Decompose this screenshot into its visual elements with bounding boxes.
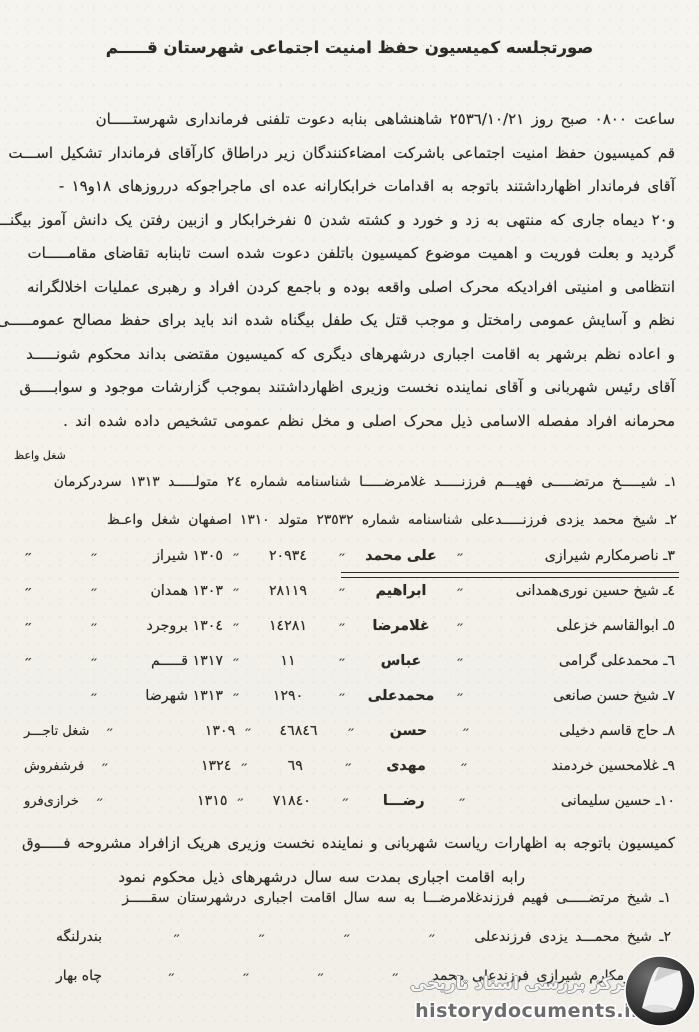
- name-cell: ١٠ـ حسین سلیمانی: [477, 793, 675, 809]
- watermark: مرکز بررسی اسناد تاریخی historydocuments…: [279, 950, 699, 1030]
- ditto-mark: ״: [445, 619, 475, 633]
- ditto-mark: ״: [389, 930, 474, 944]
- father-name-cell: غلامرضا: [357, 618, 445, 634]
- occupation-cell: شغل تاجـــر: [24, 724, 89, 739]
- father-name-cell: حسن: [366, 723, 452, 739]
- ditto-mark: ״: [327, 584, 357, 598]
- ditto-mark: ״: [73, 619, 115, 633]
- ditto-mark: ״: [84, 759, 125, 773]
- ditto-mark: ״: [327, 654, 357, 668]
- father-name-cell: علی محمد: [357, 548, 445, 564]
- ditto-mark: ״: [73, 654, 115, 668]
- name-cell: ٣ـ ناصرمکارم شیرازی: [475, 548, 675, 564]
- highlight-underline: [341, 572, 679, 578]
- birth-cell: ١٣٠٣ همدان: [115, 583, 223, 599]
- occupation-cell: ״: [24, 654, 73, 669]
- intro-line: آقای رئیس شهربانی و آقای نماینده نخست وز…: [28, 371, 675, 405]
- id-number-cell: ٦٩: [257, 758, 334, 774]
- entry-line: ٢ـ شیخ محمد یزدی فرزنـــــدعلی شناسنامه …: [22, 501, 677, 539]
- ditto-mark: ״: [73, 689, 115, 703]
- intro-line: آقای فرماندار اظهارداشتند باتوجه به اقدا…: [28, 170, 675, 204]
- name-cell: ٦ـ محمدعلی گرامی: [475, 653, 675, 669]
- exile-city: بندرلنگه: [24, 929, 134, 945]
- occupation-cell: ״: [24, 584, 73, 599]
- ditto-mark: ״: [445, 689, 475, 703]
- ditto-mark: ״: [209, 969, 284, 983]
- ditto-mark: ״: [134, 969, 209, 983]
- ditto-mark: ״: [73, 584, 115, 598]
- table-row: ٤ـ شیخ حسین نوری‌همدانی ״ ابراهیم ״ ٢٨١١…: [24, 583, 675, 605]
- father-name-cell: محمدعلی: [357, 688, 445, 704]
- decision-line: کمیسیون باتوجه به اظهارات ریاست شهربانی …: [24, 826, 675, 860]
- ditto-mark: ״: [223, 619, 249, 633]
- father-name-cell: عباس: [357, 653, 445, 669]
- name-cell: ٨ـ حاج قاسم دخیلی: [480, 723, 675, 739]
- ditto-mark: ״: [235, 724, 260, 738]
- father-name-cell: رضـــا: [360, 793, 447, 809]
- intro-line: گردید و بعلت فوریت و اهمیت موضوع کمیسیون…: [28, 237, 675, 271]
- ditto-mark: ״: [330, 794, 360, 808]
- name-cell: ٥ـ ابوالقاسم خزعلی: [475, 618, 675, 634]
- ditto-mark: ״: [445, 549, 475, 563]
- id-number-cell: ١١: [249, 653, 327, 669]
- id-number-cell: ٢٨١١٩: [249, 583, 327, 599]
- id-number-cell: ٧١٨٤٠: [253, 793, 330, 809]
- table-row: ٦ـ محمدعلی گرامی ״ عباس ״ ١١ ״ ١٣١٧ قـــ…: [24, 653, 675, 675]
- ditto-mark: ״: [336, 724, 365, 738]
- ditto-mark: ״: [327, 619, 357, 633]
- intro-line: و٢٠ دیماه جاری که منتهی به زد و خورد و ک…: [28, 204, 675, 238]
- ditto-mark: ״: [73, 549, 115, 563]
- verdict-text: ١ـ شیخ مرتضـــــی فهیم فرزندغلامرضـــا ب…: [122, 890, 671, 906]
- ditto-mark: ״: [134, 930, 219, 944]
- intro-line: محرمانه افراد مفصله الاسامی ذیل محرک اصل…: [28, 405, 675, 439]
- ditto-mark: ״: [327, 689, 357, 703]
- ditto-mark: ״: [451, 724, 480, 738]
- father-name-cell: ابراهیم: [357, 583, 445, 599]
- intro-paragraph: ساعت ٠٨٠٠ صبح روز ٢٥٣٦/١٠/٢١ شاهنشاهی بن…: [28, 103, 675, 438]
- birth-cell: ١٣٠٥ شیراز: [115, 548, 223, 564]
- entry-line: ١ـ شیـــــخ مرتضـــــی فهیـــم فرزنـــــ…: [22, 463, 677, 501]
- table-row: ٩ـ غلامحسین خردمند ״ مهدی ״ ٦٩ ״ ١٣٢٤ ״ …: [24, 758, 675, 780]
- table-row: ٨ـ حاج قاسم دخیلی ״ حسن ״ ٤٦٨٤٦ ״ ١٣٠٩ ״…: [24, 723, 675, 745]
- intro-line: نظم و آسایش عمومی رامختل و موجب قتل یک ط…: [28, 304, 675, 338]
- exile-city: چاه بهار: [24, 968, 134, 984]
- table-row: ١٠ـ حسین سلیمانی ״ رضـــا ״ ٧١٨٤٠ ״ ١٣١٥…: [24, 793, 675, 815]
- verdict-text: ٢ـ شیخ محمـــد یزدی فرزندعلی: [474, 929, 671, 945]
- id-number-cell: ٤٦٨٤٦: [261, 723, 337, 739]
- decision-paragraph: کمیسیون باتوجه به اظهارات ریاست شهربانی …: [24, 826, 675, 894]
- intro-line: انتظامی و امنیتی افرادیکه محرک اصلی واقع…: [28, 271, 675, 305]
- table-row: ٣ـ ناصرمکارم شیرازی ״ علی محمد ״ ٢٠٩٣٤ ״…: [24, 548, 675, 570]
- ditto-mark: ״: [445, 654, 475, 668]
- intro-line: قم کمیسیون حفظ امنیت اجتماعی باشرکت امضا…: [28, 137, 675, 171]
- ditto-mark: ״: [333, 759, 362, 773]
- ditto-mark: ״: [304, 930, 389, 944]
- ditto-mark: ״: [327, 549, 357, 563]
- document-title: صورتجلسه کمیسیون حفظ امنیت اجتماعی شهرست…: [0, 38, 699, 57]
- id-number-cell: ٢٠٩٣٤: [249, 548, 327, 564]
- document-page: صورتجلسه کمیسیون حفظ امنیت اجتماعی شهرست…: [0, 0, 699, 1032]
- occupation-cell: خرازی‌فرو: [24, 794, 79, 809]
- ditto-mark: ״: [447, 794, 477, 808]
- intro-line: ساعت ٠٨٠٠ صبح روز ٢٥٣٦/١٠/٢١ شاهنشاهی بن…: [28, 103, 675, 137]
- decision-line: رابه اقامت اجباری بمدت سه سال درشهرهای ذ…: [24, 860, 675, 894]
- intro-line: و اعاده نظم برشهر به اقامت اجباری درشهره…: [28, 338, 675, 372]
- ditto-mark: ״: [223, 654, 249, 668]
- margin-note-occupation: شغل واعظ: [14, 449, 66, 462]
- occupation-cell: فرشفروش: [24, 759, 84, 774]
- ditto-mark: ״: [231, 759, 257, 773]
- suspects-table: ٣ـ ناصرمکارم شیرازی ״ علی محمد ״ ٢٠٩٣٤ ״…: [24, 548, 675, 828]
- ditto-mark: ״: [79, 794, 121, 808]
- ditto-mark: ״: [89, 724, 130, 738]
- ditto-mark: ״: [223, 584, 249, 598]
- birth-cell: ١٣٠٤ بروجرد: [115, 618, 223, 634]
- id-number-cell: ١٢٩٠: [249, 688, 327, 704]
- ditto-mark: ״: [445, 584, 475, 598]
- ditto-mark: ״: [223, 689, 249, 703]
- ditto-mark: ״: [219, 930, 304, 944]
- id-number-cell: ١٤٢٨١: [249, 618, 327, 634]
- ditto-mark: ״: [223, 549, 249, 563]
- name-cell: ٩ـ غلامحسین خردمند: [479, 758, 675, 774]
- father-name-cell: مهدی: [363, 758, 449, 774]
- birth-cell: ١٣٢٤: [125, 758, 231, 774]
- ditto-mark: ״: [449, 759, 478, 773]
- name-cell: ٤ـ شیخ حسین نوری‌همدانی: [475, 583, 675, 599]
- ditto-mark: ״: [227, 794, 253, 808]
- occupation-cell: ״: [24, 619, 73, 634]
- table-row: ٥ـ ابوالقاسم خزعلی ״ غلامرضا ״ ١٤٢٨١ ״ ١…: [24, 618, 675, 640]
- watermark-logo-icon: [623, 954, 697, 1028]
- occupation-cell: ״: [24, 549, 73, 564]
- verdict-row: ١ـ شیخ مرتضـــــی فهیم فرزندغلامرضـــا ب…: [24, 890, 671, 914]
- birth-cell: ١٣٠٩: [130, 723, 235, 739]
- birth-cell: ١٣١٧ قـــــم: [115, 653, 223, 669]
- name-cell: ٧ـ شیخ حسن صانعی: [475, 688, 675, 704]
- birth-cell: ١٣١٥: [121, 793, 228, 809]
- suspect-entries: ١ـ شیـــــخ مرتضـــــی فهیـــم فرزنـــــ…: [22, 463, 677, 539]
- watermark-org-text: مرکز بررسی اسناد تاریخی: [410, 974, 633, 994]
- watermark-site-text: historydocuments.ir: [415, 1000, 641, 1022]
- table-row: ٧ـ شیخ حسن صانعی ״ محمدعلی ״ ١٢٩٠ ״ ١٣١٣…: [24, 688, 675, 710]
- birth-cell: ١٣١٣ شهرضا: [115, 688, 223, 704]
